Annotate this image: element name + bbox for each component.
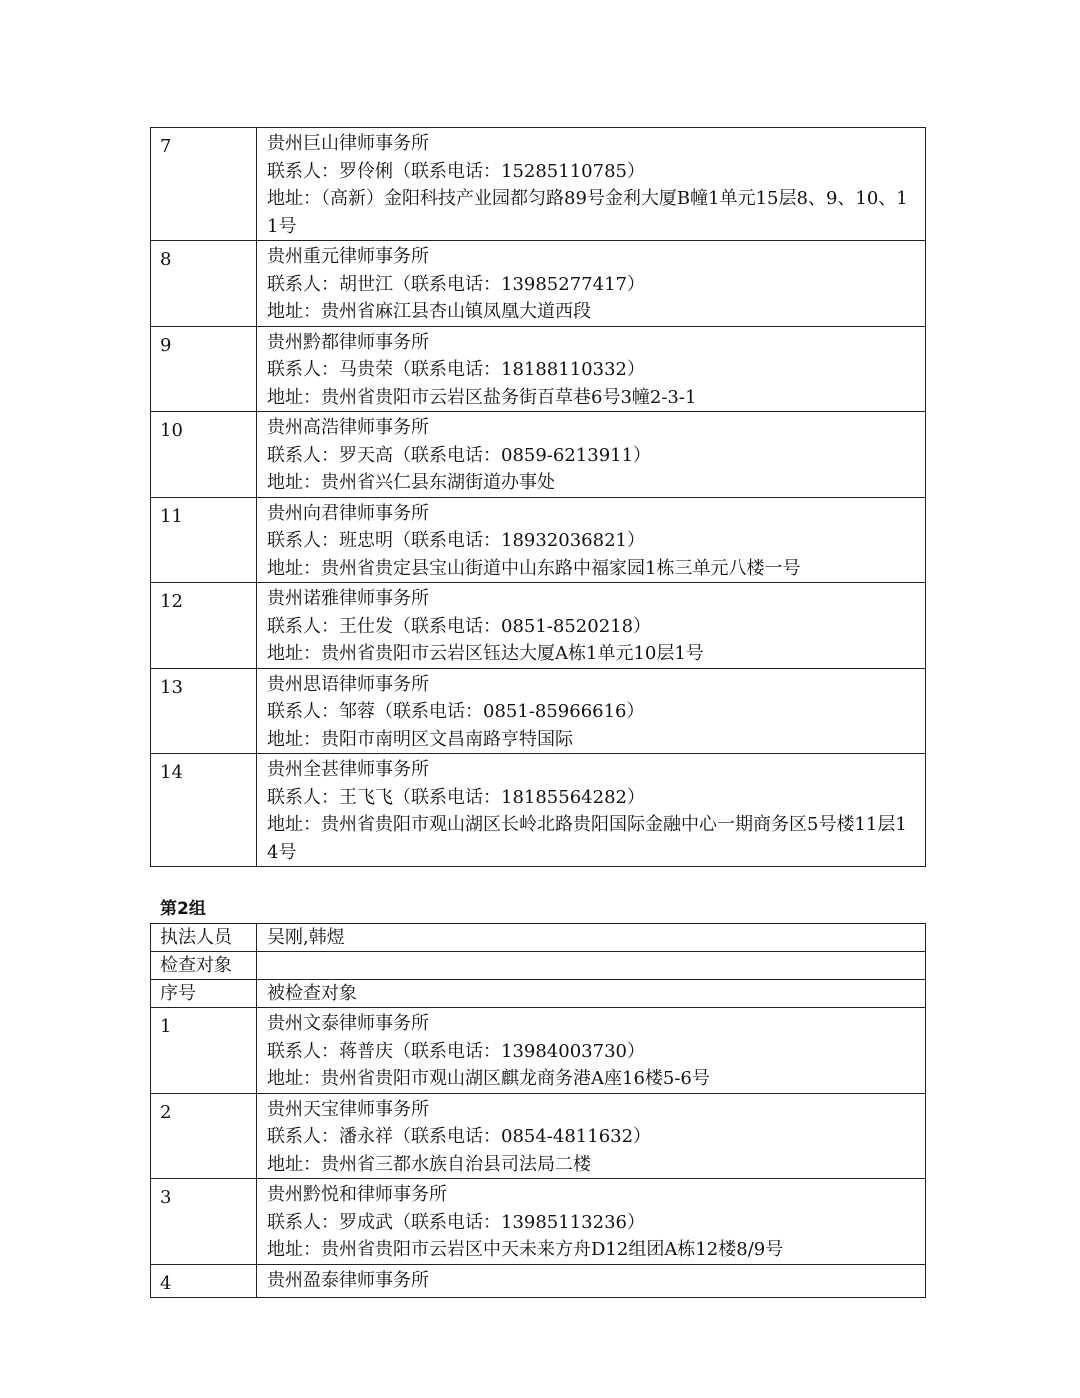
firm-address: 地址：贵州省兴仁县东湖街道办事处	[267, 469, 917, 497]
target-cell: 贵州巨山律师事务所 联系人：罗伶俐（联系电话：15285110785） 地址：（…	[257, 128, 926, 241]
row-number-cell: 8	[151, 241, 257, 327]
row-number-cell: 10	[151, 412, 257, 498]
row-number: 4	[160, 1267, 248, 1298]
row-number: 12	[160, 585, 248, 616]
row-number-cell: 14	[151, 754, 257, 867]
firm-address: 地址：贵州省贵定县宝山街道中山东路中福家园1栋三单元八楼一号	[267, 555, 917, 583]
inspection-table-group2: 执法人员 吴刚,韩煜 检查对象 序号 被检查对象 1 贵州文泰律师事务所 联系人…	[150, 923, 926, 1298]
row-number: 9	[160, 329, 248, 360]
row-number-cell: 12	[151, 583, 257, 669]
row-number-cell: 7	[151, 128, 257, 241]
table-row: 3 贵州黔悦和律师事务所 联系人：罗成武（联系电话：13985113236） 地…	[151, 1179, 926, 1265]
target-cell: 贵州文泰律师事务所 联系人：蒋普庆（联系电话：13984003730） 地址：贵…	[257, 1008, 926, 1094]
firm-contact: 联系人：潘永祥（联系电话：0854-4811632）	[267, 1123, 917, 1151]
target-cell: 贵州思语律师事务所 联系人：邹蓉（联系电话：0851-85966616） 地址：…	[257, 668, 926, 754]
firm-name: 贵州全甚律师事务所	[267, 756, 917, 784]
table-row: 9 贵州黔都律师事务所 联系人：马贵荣（联系电话：18188110332） 地址…	[151, 326, 926, 412]
column-header-number: 序号	[151, 980, 257, 1008]
table-row: 4 贵州盈泰律师事务所	[151, 1264, 926, 1298]
table-row: 1 贵州文泰律师事务所 联系人：蒋普庆（联系电话：13984003730） 地址…	[151, 1008, 926, 1094]
target-cell: 贵州重元律师事务所 联系人：胡世江（联系电话：13985277417） 地址：贵…	[257, 241, 926, 327]
row-number: 3	[160, 1181, 248, 1212]
firm-name: 贵州重元律师事务所	[267, 243, 917, 271]
row-number: 13	[160, 671, 248, 702]
table-row: 10 贵州高浩律师事务所 联系人：罗天高（联系电话：0859-6213911） …	[151, 412, 926, 498]
firm-contact: 联系人：王飞飞（联系电话：18185564282）	[267, 784, 917, 812]
firm-name: 贵州思语律师事务所	[267, 671, 917, 699]
firm-name: 贵州黔都律师事务所	[267, 329, 917, 357]
firm-address: 地址：贵州省麻江县杏山镇凤凰大道西段	[267, 298, 917, 326]
firm-contact: 联系人：蒋普庆（联系电话：13984003730）	[267, 1038, 917, 1066]
firm-name: 贵州高浩律师事务所	[267, 414, 917, 442]
targets-value	[257, 952, 926, 980]
firm-name: 贵州天宝律师事务所	[267, 1096, 917, 1124]
row-number-cell: 2	[151, 1093, 257, 1179]
firm-address: 地址：贵阳市南明区文昌南路亨特国际	[267, 726, 917, 754]
target-cell: 贵州高浩律师事务所 联系人：罗天高（联系电话：0859-6213911） 地址：…	[257, 412, 926, 498]
firm-name: 贵州文泰律师事务所	[267, 1010, 917, 1038]
row-number-cell: 1	[151, 1008, 257, 1094]
officers-label: 执法人员	[151, 924, 257, 952]
table-row: 13 贵州思语律师事务所 联系人：邹蓉（联系电话：0851-85966616） …	[151, 668, 926, 754]
target-cell: 贵州诺雅律师事务所 联系人：王仕发（联系电话：0851-8520218） 地址：…	[257, 583, 926, 669]
firm-contact: 联系人：罗天高（联系电话：0859-6213911）	[267, 442, 917, 470]
targets-row: 检查对象	[151, 952, 926, 980]
officers-value: 吴刚,韩煜	[257, 924, 926, 952]
firm-address: 地址：贵州省贵阳市云岩区钰达大厦A栋1单元10层1号	[267, 640, 917, 668]
firm-contact: 联系人：罗成武（联系电话：13985113236）	[267, 1209, 917, 1237]
firm-contact: 联系人：马贵荣（联系电话：18188110332）	[267, 356, 917, 384]
row-number-cell: 13	[151, 668, 257, 754]
row-number-cell: 4	[151, 1264, 257, 1298]
firm-address: 地址：贵州省三都水族自治县司法局二楼	[267, 1151, 917, 1179]
firm-name: 贵州黔悦和律师事务所	[267, 1181, 917, 1209]
firm-contact: 联系人：罗伶俐（联系电话：15285110785）	[267, 158, 917, 186]
firm-name: 贵州盈泰律师事务所	[267, 1267, 917, 1295]
target-cell: 贵州天宝律师事务所 联系人：潘永祥（联系电话：0854-4811632） 地址：…	[257, 1093, 926, 1179]
table-row: 2 贵州天宝律师事务所 联系人：潘永祥（联系电话：0854-4811632） 地…	[151, 1093, 926, 1179]
target-cell: 贵州全甚律师事务所 联系人：王飞飞（联系电话：18185564282） 地址：贵…	[257, 754, 926, 867]
row-number: 14	[160, 756, 248, 787]
firm-address: 地址：贵州省贵阳市观山湖区麒龙商务港A座16楼5-6号	[267, 1065, 917, 1093]
firm-contact: 联系人：胡世江（联系电话：13985277417）	[267, 271, 917, 299]
table-row: 12 贵州诺雅律师事务所 联系人：王仕发（联系电话：0851-8520218） …	[151, 583, 926, 669]
table-row: 8 贵州重元律师事务所 联系人：胡世江（联系电话：13985277417） 地址…	[151, 241, 926, 327]
row-number: 11	[160, 500, 248, 531]
target-cell: 贵州向君律师事务所 联系人：班忠明（联系电话：18932036821） 地址：贵…	[257, 497, 926, 583]
document-page: 7 贵州巨山律师事务所 联系人：罗伶俐（联系电话：15285110785） 地址…	[150, 127, 926, 1298]
targets-label: 检查对象	[151, 952, 257, 980]
row-number-cell: 9	[151, 326, 257, 412]
header-row: 序号 被检查对象	[151, 980, 926, 1008]
row-number: 8	[160, 243, 248, 274]
firm-name: 贵州诺雅律师事务所	[267, 585, 917, 613]
row-number: 2	[160, 1096, 248, 1127]
firm-name: 贵州向君律师事务所	[267, 500, 917, 528]
firm-contact: 联系人：王仕发（联系电话：0851-8520218）	[267, 613, 917, 641]
column-header-target: 被检查对象	[257, 980, 926, 1008]
group-title: 第2组	[150, 895, 926, 923]
firm-contact: 联系人：邹蓉（联系电话：0851-85966616）	[267, 698, 917, 726]
table-row: 14 贵州全甚律师事务所 联系人：王飞飞（联系电话：18185564282） 地…	[151, 754, 926, 867]
target-cell: 贵州盈泰律师事务所	[257, 1264, 926, 1298]
row-number-cell: 3	[151, 1179, 257, 1265]
table-row: 11 贵州向君律师事务所 联系人：班忠明（联系电话：18932036821） 地…	[151, 497, 926, 583]
firm-contact: 联系人：班忠明（联系电话：18932036821）	[267, 527, 917, 555]
row-number: 10	[160, 414, 248, 445]
row-number-cell: 11	[151, 497, 257, 583]
firm-address: 地址：贵州省贵阳市云岩区盐务街百草巷6号3幢2-3-1	[267, 384, 917, 412]
target-cell: 贵州黔都律师事务所 联系人：马贵荣（联系电话：18188110332） 地址：贵…	[257, 326, 926, 412]
firm-address: 地址：贵州省贵阳市观山湖区长岭北路贵阳国际金融中心一期商务区5号楼11层14号	[267, 811, 917, 866]
firm-name: 贵州巨山律师事务所	[267, 130, 917, 158]
target-cell: 贵州黔悦和律师事务所 联系人：罗成武（联系电话：13985113236） 地址：…	[257, 1179, 926, 1265]
officers-row: 执法人员 吴刚,韩煜	[151, 924, 926, 952]
row-number: 7	[160, 130, 248, 161]
table-row: 7 贵州巨山律师事务所 联系人：罗伶俐（联系电话：15285110785） 地址…	[151, 128, 926, 241]
inspection-table-group1: 7 贵州巨山律师事务所 联系人：罗伶俐（联系电话：15285110785） 地址…	[150, 127, 926, 867]
firm-address: 地址：贵州省贵阳市云岩区中天未来方舟D12组团A栋12楼8/9号	[267, 1236, 917, 1264]
firm-address: 地址：（高新）金阳科技产业园都匀路89号金利大厦B幢1单元15层8、9、10、1…	[267, 185, 917, 240]
row-number: 1	[160, 1010, 248, 1041]
